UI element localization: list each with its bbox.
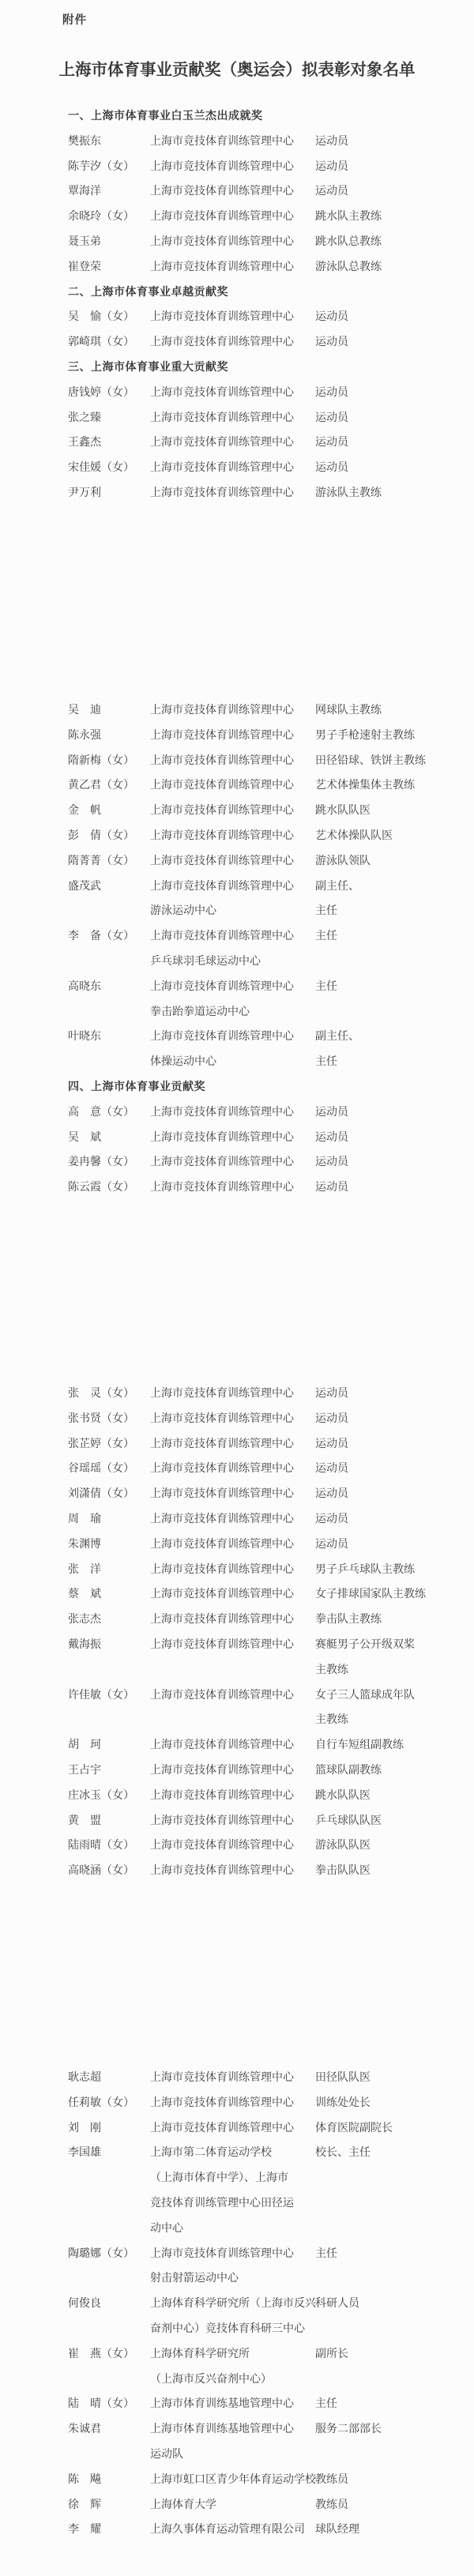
org-cell: 上海市竞技体育训练管理中心 xyxy=(150,1581,294,1607)
position-cell: 游泳队队医 xyxy=(315,1833,371,1858)
table-row: 庄冰玉（女）上海市竞技体育训练管理中心跳水队队医 xyxy=(0,1783,474,1808)
org-cell: 上海市竞技体育训练管理中心 xyxy=(150,1632,294,1657)
name-cell: 刘潇倩（女） xyxy=(68,1481,134,1506)
name-cell: 黄 盟 xyxy=(68,1808,101,1833)
page-block-4: 耿志超上海市竞技体育训练管理中心田径队队医任莉敏（女）上海市竞技体育训练管理中心… xyxy=(0,2065,474,2542)
name-cell: 叶晓东 xyxy=(68,1024,101,1049)
org-cell: 上海体育科学研究所 xyxy=(150,2341,250,2367)
table-row: 盛茂武上海市竞技体育训练管理中心副主任、 xyxy=(0,874,474,899)
position-cell: 艺术体操队队医 xyxy=(315,823,393,848)
name-cell: 陶璐娜（女） xyxy=(68,2241,134,2266)
org-cell: 上海市竞技体育训练管理中心 xyxy=(150,455,294,480)
org-cell: 上海市竞技体育训练管理中心 xyxy=(150,698,294,723)
table-row: 吴 愉（女）上海市竞技体育训练管理中心运动员 xyxy=(0,304,474,329)
org-cell: 上海市竞技体育训练管理中心 xyxy=(150,254,294,280)
position-cell: 主任 xyxy=(315,2391,337,2416)
table-row: 主教练 xyxy=(0,1657,474,1683)
position-cell: 运动员 xyxy=(315,1532,348,1557)
table-row: 张 洋上海市竞技体育训练管理中心男子乒乓球队主教练 xyxy=(0,1557,474,1582)
table-row: 高晓涵（女）上海市竞技体育训练管理中心拳击队队医 xyxy=(0,1858,474,1883)
table-row: 朱诚君上海市体育训练基地管理中心服务二部部长 xyxy=(0,2416,474,2442)
table-row: 王鑫杰上海市竞技体育训练管理中心运动员 xyxy=(0,430,474,455)
name-cell: 隋新梅（女） xyxy=(68,748,134,773)
org-cell: 上海市竞技体育训练管理中心 xyxy=(150,2065,294,2090)
org-cell: 上海久事体育运动管理有限公司 xyxy=(150,2517,305,2542)
name-cell: 唐钱婷（女） xyxy=(68,380,134,405)
org-cell: 上海市竞技体育训练管理中心 xyxy=(150,329,294,355)
page-block-2: 吴 迪上海市竞技体育训练管理中心网球队主教练陈永强上海市竞技体育训练管理中心男子… xyxy=(0,698,474,1200)
name-cell: 崔 燕（女） xyxy=(68,2341,134,2367)
table-row: 奋剂中心）竞技体育科研三中心 xyxy=(0,2316,474,2341)
name-cell: 高 意（女） xyxy=(68,1100,134,1125)
org-cell: 上海市竞技体育训练管理中心 xyxy=(150,405,294,431)
name-cell: 李国雄 xyxy=(68,2140,101,2165)
org-cell: 上海市竞技体育训练管理中心 xyxy=(150,874,294,899)
org-cell: 上海市竞技体育训练管理中心 xyxy=(150,480,294,506)
org-cell: 上海市第二体育运动学校 xyxy=(150,2140,272,2165)
position-cell: 副主任、 xyxy=(315,874,359,899)
org-cell: 上海市竞技体育训练管理中心 xyxy=(150,1431,294,1457)
section-heading-row: 三、上海市体育事业重大贡献奖 xyxy=(0,355,474,380)
position-cell: 主任 xyxy=(315,2241,337,2266)
position-cell: 田径队队医 xyxy=(315,2065,371,2090)
position-cell: 主任 xyxy=(315,974,337,999)
table-row: 周 瑜上海市竞技体育训练管理中心运动员 xyxy=(0,1506,474,1532)
table-row: 黄乙君（女）上海市竞技体育训练管理中心艺术体操集体主教练 xyxy=(0,773,474,798)
name-cell: 朱诚君 xyxy=(68,2416,101,2442)
org-cell: 上海市竞技体育训练管理中心 xyxy=(150,974,294,999)
org-cell: 上海市竞技体育训练管理中心 xyxy=(150,1732,294,1758)
org-cell: 上海市虹口区青少年体育运动学校 xyxy=(150,2467,316,2492)
position-cell: 跳水队队医 xyxy=(315,1783,371,1808)
table-row: 主教练 xyxy=(0,1707,474,1732)
position-cell: 篮球队副教练 xyxy=(315,1758,382,1783)
table-row: 游泳运动中心主任 xyxy=(0,898,474,923)
table-row: 陶璐娜（女）上海市竞技体育训练管理中心主任 xyxy=(0,2241,474,2266)
name-cell: 张书贤（女） xyxy=(68,1406,134,1431)
org-cell: 上海市竞技体育训练管理中心 xyxy=(150,154,294,179)
table-row: 胡 珂上海市竞技体育训练管理中心自行车短组副教练 xyxy=(0,1732,474,1758)
table-row: 戴海振上海市竞技体育训练管理中心赛艇男子公开级双桨 xyxy=(0,1632,474,1657)
org-cell: 上海市竞技体育训练管理中心 xyxy=(150,923,294,949)
position-cell: 运动员 xyxy=(315,430,348,455)
table-row: 黄 盟上海市竞技体育训练管理中心乒乓球队队医 xyxy=(0,1808,474,1833)
position-cell: 训练处处长 xyxy=(315,2090,371,2115)
org-cell: 体操运动中心 xyxy=(150,1049,216,1074)
table-row: 叶晓东上海市竞技体育训练管理中心副主任、 xyxy=(0,1024,474,1049)
table-row: 张志杰上海市竞技体育训练管理中心拳击队主教练 xyxy=(0,1607,474,1632)
position-cell: 科研人员 xyxy=(315,2291,359,2316)
name-cell: 胡 珂 xyxy=(68,1732,101,1758)
name-cell: 朱渊博 xyxy=(68,1532,101,1557)
org-cell: 上海市竞技体育训练管理中心 xyxy=(150,1100,294,1125)
position-cell: 游泳队主教练 xyxy=(315,480,382,506)
table-row: 李 备（女）上海市竞技体育训练管理中心主任 xyxy=(0,923,474,949)
name-cell: 任莉敏（女） xyxy=(68,2090,134,2115)
table-row: 唐钱婷（女）上海市竞技体育训练管理中心运动员 xyxy=(0,380,474,405)
table-row: 张书贤（女）上海市竞技体育训练管理中心运动员 xyxy=(0,1406,474,1431)
name-cell: 高晓东 xyxy=(68,974,101,999)
org-cell: 上海市竞技体育训练管理中心 xyxy=(150,1683,294,1708)
table-row: 耿志超上海市竞技体育训练管理中心田径队队医 xyxy=(0,2065,474,2090)
name-cell: 金 帆 xyxy=(68,798,101,823)
name-cell: 陈 飚 xyxy=(68,2467,101,2492)
table-row: 金 帆上海市竞技体育训练管理中心跳水队队医 xyxy=(0,798,474,823)
name-cell: 蔡 斌 xyxy=(68,1581,101,1607)
position-cell: 男子手枪速射主教练 xyxy=(315,723,415,748)
table-row: 任莉敏（女）上海市竞技体育训练管理中心训练处处长 xyxy=(0,2090,474,2115)
name-cell: 黄乙君（女） xyxy=(68,773,134,798)
document-page: 附件 上海市体育事业贡献奖（奥运会）拟表彰对象名单 一、上海市体育事业白玉兰杰出… xyxy=(0,0,474,2576)
table-row: 陆雨晴（女）上海市竞技体育训练管理中心游泳队队医 xyxy=(0,1833,474,1858)
table-row: 陈芋汐（女）上海市竞技体育训练管理中心运动员 xyxy=(0,154,474,179)
name-cell: 盛茂武 xyxy=(68,874,101,899)
table-row: （上海市反兴奋剂中心） xyxy=(0,2367,474,2392)
table-row: 谷瑶瑶（女）上海市竞技体育训练管理中心运动员 xyxy=(0,1456,474,1481)
position-cell: 运动员 xyxy=(315,329,348,355)
name-cell: 隋菁菁（女） xyxy=(68,848,134,874)
table-row: 刘 刚上海市竞技体育训练管理中心体育医院副院长 xyxy=(0,2115,474,2141)
org-cell: 上海市竞技体育训练管理中心 xyxy=(150,723,294,748)
position-cell: 拳击队队医 xyxy=(315,1858,371,1883)
org-cell: 上海体育大学 xyxy=(150,2492,216,2518)
position-cell: 副主任、 xyxy=(315,1024,359,1049)
table-row: 拳击跆拳道运动中心 xyxy=(0,999,474,1025)
name-cell: 陈永强 xyxy=(68,723,101,748)
table-row: 陈永强上海市竞技体育训练管理中心男子手枪速射主教练 xyxy=(0,723,474,748)
name-cell: 陆 晴（女） xyxy=(68,2391,134,2416)
position-cell: 跳水队总教练 xyxy=(315,229,382,254)
org-cell: 上海市竞技体育训练管理中心 xyxy=(150,1758,294,1783)
name-cell: 张 灵（女） xyxy=(68,1381,134,1406)
org-cell: 上海市竞技体育训练管理中心 xyxy=(150,1557,294,1582)
section-heading: 一、上海市体育事业白玉兰杰出成就奖 xyxy=(68,103,263,129)
table-row: 射击射箭运动中心 xyxy=(0,2266,474,2291)
org-cell: 上海市竞技体育训练管理中心 xyxy=(150,1532,294,1557)
table-row: 王占宇上海市竞技体育训练管理中心篮球队副教练 xyxy=(0,1758,474,1783)
table-row: 吴 迪上海市竞技体育训练管理中心网球队主教练 xyxy=(0,698,474,723)
org-cell: 上海市竞技体育训练管理中心 xyxy=(150,129,294,154)
name-cell: 崔登荣 xyxy=(68,254,101,280)
name-cell: 吴 斌 xyxy=(68,1125,101,1150)
position-cell: 运动员 xyxy=(315,129,348,154)
table-row: 许佳敏（女）上海市竞技体育训练管理中心女子三人篮球成年队 xyxy=(0,1683,474,1708)
name-cell: 张志杰 xyxy=(68,1607,101,1632)
org-cell: 上海市竞技体育训练管理中心 xyxy=(150,304,294,329)
page-block-3: 张 灵（女）上海市竞技体育训练管理中心运动员张书贤（女）上海市竞技体育训练管理中… xyxy=(0,1381,474,1883)
name-cell: 何俊良 xyxy=(68,2291,101,2316)
org-cell: 上海市竞技体育训练管理中心 xyxy=(150,1406,294,1431)
org-cell: 上海市竞技体育训练管理中心 xyxy=(150,2241,294,2266)
position-cell: 教练员 xyxy=(315,2467,348,2492)
org-cell: 上海市竞技体育训练管理中心 xyxy=(150,1381,294,1406)
name-cell: 宋佳媛（女） xyxy=(68,455,134,480)
position-cell: 女子三人篮球成年队 xyxy=(315,1683,415,1708)
table-row: 何俊良上海体育科学研究所（上海市反兴科研人员 xyxy=(0,2291,474,2316)
org-cell: 上海市竞技体育训练管理中心 xyxy=(150,1833,294,1858)
name-cell: 耿志超 xyxy=(68,2065,101,2090)
name-cell: 覃海洋 xyxy=(68,179,101,204)
table-row: （上海市体育中学）、上海市 xyxy=(0,2165,474,2191)
name-cell: 樊振东 xyxy=(68,129,101,154)
position-cell: 运动员 xyxy=(315,1506,348,1532)
org-cell: 游泳运动中心 xyxy=(150,898,216,923)
name-cell: 郭崎琪（女） xyxy=(68,329,134,355)
position-cell: 田径铅球、铁饼主教练 xyxy=(315,748,426,773)
position-cell: 游泳队领队 xyxy=(315,848,371,874)
table-row: 崔 燕（女）上海体育科学研究所副所长 xyxy=(0,2341,474,2367)
table-row: 李 耀上海久事体育运动管理有限公司球队经理 xyxy=(0,2517,474,2542)
page-title: 上海市体育事业贡献奖（奥运会）拟表彰对象名单 xyxy=(0,56,474,80)
position-cell: 运动员 xyxy=(315,1456,348,1481)
section-heading: 三、上海市体育事业重大贡献奖 xyxy=(68,355,228,380)
table-row: 彭 倩（女）上海市竞技体育训练管理中心艺术体操队队医 xyxy=(0,823,474,848)
position-cell: 男子乒乓球队主教练 xyxy=(315,1557,415,1582)
org-cell: 上海市竞技体育训练管理中心 xyxy=(150,1125,294,1150)
org-cell: 上海市竞技体育训练管理中心 xyxy=(150,1024,294,1049)
org-cell: 上海市体育训练基地管理中心 xyxy=(150,2416,294,2442)
position-cell: 乒乓球队队医 xyxy=(315,1808,382,1833)
table-row: 蔡 斌上海市竞技体育训练管理中心女子排球国家队主教练 xyxy=(0,1581,474,1607)
name-cell: 姜冉馨（女） xyxy=(68,1149,134,1175)
org-cell: 运动队 xyxy=(150,2442,183,2467)
position-cell: 主任 xyxy=(315,898,337,923)
position-cell: 跳水队队医 xyxy=(315,798,371,823)
name-cell: 高晓涵（女） xyxy=(68,1858,134,1883)
position-cell: 运动员 xyxy=(315,304,348,329)
org-cell: 射击射箭运动中心 xyxy=(150,2266,239,2291)
table-row: 运动队 xyxy=(0,2442,474,2467)
name-cell: 吴 愉（女） xyxy=(68,304,134,329)
org-cell: 奋剂中心）竞技体育科研三中心 xyxy=(150,2316,305,2341)
org-cell: 上海市竞技体育训练管理中心 xyxy=(150,1481,294,1506)
org-cell: 动中心 xyxy=(150,2216,183,2241)
table-row: 张芷婷（女）上海市竞技体育训练管理中心运动员 xyxy=(0,1431,474,1457)
table-row: 宋佳媛（女）上海市竞技体育训练管理中心运动员 xyxy=(0,455,474,480)
org-cell: 上海市竞技体育训练管理中心 xyxy=(150,179,294,204)
position-cell: 艺术体操集体主教练 xyxy=(315,773,415,798)
position-cell: 运动员 xyxy=(315,1481,348,1506)
org-cell: 上海市竞技体育训练管理中心 xyxy=(150,823,294,848)
org-cell: 竞技体育训练管理中心田径运 xyxy=(150,2191,294,2216)
name-cell: 张之臻 xyxy=(68,405,101,431)
table-row: 姜冉馨（女）上海市竞技体育训练管理中心运动员 xyxy=(0,1149,474,1175)
table-row: 隋新梅（女）上海市竞技体育训练管理中心田径铅球、铁饼主教练 xyxy=(0,748,474,773)
position-cell: 运动员 xyxy=(315,1381,348,1406)
org-cell: 上海市竞技体育训练管理中心 xyxy=(150,2090,294,2115)
table-row: 陆 晴（女）上海市体育训练基地管理中心主任 xyxy=(0,2391,474,2416)
org-cell: 上海市竞技体育训练管理中心 xyxy=(150,2115,294,2141)
position-cell: 主教练 xyxy=(315,1707,348,1732)
org-cell: 上海市竞技体育训练管理中心 xyxy=(150,798,294,823)
table-row: 动中心 xyxy=(0,2216,474,2241)
org-cell: 乒乓球羽毛球运动中心 xyxy=(150,949,261,974)
table-row: 吴 斌上海市竞技体育训练管理中心运动员 xyxy=(0,1125,474,1150)
name-cell: 陆雨晴（女） xyxy=(68,1833,134,1858)
section-heading-row: 四、上海市体育事业贡献奖 xyxy=(0,1074,474,1100)
table-row: 李国雄上海市第二体育运动学校校长、主任 xyxy=(0,2140,474,2165)
org-cell: 上海体育科学研究所（上海市反兴 xyxy=(150,2291,316,2316)
org-cell: 拳击跆拳道运动中心 xyxy=(150,999,250,1025)
table-row: 高 意（女）上海市竞技体育训练管理中心运动员 xyxy=(0,1100,474,1125)
name-cell: 戴海振 xyxy=(68,1632,101,1657)
name-cell: 张芷婷（女） xyxy=(68,1431,134,1457)
table-row: 高晓东上海市竞技体育训练管理中心主任 xyxy=(0,974,474,999)
attachment-label: 附件 xyxy=(62,11,87,28)
org-cell: 上海市竞技体育训练管理中心 xyxy=(150,1783,294,1808)
table-row: 尹万利上海市竞技体育训练管理中心游泳队主教练 xyxy=(0,480,474,506)
name-cell: 周 瑜 xyxy=(68,1506,101,1532)
name-cell: 陈芋汐（女） xyxy=(68,154,134,179)
position-cell: 副所长 xyxy=(315,2341,348,2367)
org-cell: 上海市竞技体育训练管理中心 xyxy=(150,1456,294,1481)
org-cell: 上海市竞技体育训练管理中心 xyxy=(150,204,294,229)
org-cell: 上海市竞技体育训练管理中心 xyxy=(150,1858,294,1883)
table-row: 张之臻上海市竞技体育训练管理中心运动员 xyxy=(0,405,474,431)
table-row: 体操运动中心主任 xyxy=(0,1049,474,1074)
org-cell: 上海市竞技体育训练管理中心 xyxy=(150,229,294,254)
name-cell: 王占宇 xyxy=(68,1758,101,1783)
position-cell: 主任 xyxy=(315,923,337,949)
org-cell: 上海市竞技体育训练管理中心 xyxy=(150,1175,294,1200)
name-cell: 刘 刚 xyxy=(68,2115,101,2141)
table-row: 樊振东上海市竞技体育训练管理中心运动员 xyxy=(0,129,474,154)
table-row: 朱渊博上海市竞技体育训练管理中心运动员 xyxy=(0,1532,474,1557)
org-cell: 上海市竞技体育训练管理中心 xyxy=(150,430,294,455)
org-cell: 上海市竞技体育训练管理中心 xyxy=(150,1149,294,1175)
position-cell: 运动员 xyxy=(315,154,348,179)
position-cell: 运动员 xyxy=(315,1406,348,1431)
table-row: 聂玉弟上海市竞技体育训练管理中心跳水队总教练 xyxy=(0,229,474,254)
position-cell: 运动员 xyxy=(315,380,348,405)
position-cell: 拳击队主教练 xyxy=(315,1607,382,1632)
position-cell: 主教练 xyxy=(315,1657,348,1683)
name-cell: 许佳敏（女） xyxy=(68,1683,134,1708)
table-row: 覃海洋上海市竞技体育训练管理中心运动员 xyxy=(0,179,474,204)
position-cell: 体育医院副院长 xyxy=(315,2115,393,2141)
position-cell: 球队经理 xyxy=(315,2517,359,2542)
position-cell: 运动员 xyxy=(315,1175,348,1200)
position-cell: 游泳队总教练 xyxy=(315,254,382,280)
position-cell: 自行车短组副教练 xyxy=(315,1732,404,1758)
position-cell: 运动员 xyxy=(315,1149,348,1175)
name-cell: 聂玉弟 xyxy=(68,229,101,254)
position-cell: 运动员 xyxy=(315,1100,348,1125)
name-cell: 余晓玲（女） xyxy=(68,204,134,229)
section-heading: 二、上海市体育事业卓越贡献奖 xyxy=(68,280,228,305)
table-row: 陈云霞（女）上海市竞技体育训练管理中心运动员 xyxy=(0,1175,474,1200)
org-cell: （上海市反兴奋剂中心） xyxy=(150,2367,272,2392)
section-heading: 四、上海市体育事业贡献奖 xyxy=(68,1074,205,1100)
position-cell: 运动员 xyxy=(315,1125,348,1150)
org-cell: 上海市竞技体育训练管理中心 xyxy=(150,848,294,874)
table-row: 张 灵（女）上海市竞技体育训练管理中心运动员 xyxy=(0,1381,474,1406)
org-cell: 上海市竞技体育训练管理中心 xyxy=(150,1506,294,1532)
position-cell: 运动员 xyxy=(315,405,348,431)
name-cell: 尹万利 xyxy=(68,480,101,506)
position-cell: 校长、主任 xyxy=(315,2140,371,2165)
name-cell: 王鑫杰 xyxy=(68,430,101,455)
name-cell: 张 洋 xyxy=(68,1557,101,1582)
name-cell: 李 备（女） xyxy=(68,923,134,949)
name-cell: 彭 倩（女） xyxy=(68,823,134,848)
table-row: 郭崎琪（女）上海市竞技体育训练管理中心运动员 xyxy=(0,329,474,355)
position-cell: 运动员 xyxy=(315,179,348,204)
table-row: 刘潇倩（女）上海市竞技体育训练管理中心运动员 xyxy=(0,1481,474,1506)
position-cell: 网球队主教练 xyxy=(315,698,382,723)
name-cell: 陈云霞（女） xyxy=(68,1175,134,1200)
position-cell: 服务二部部长 xyxy=(315,2416,382,2442)
position-cell: 主任 xyxy=(315,1049,337,1074)
position-cell: 女子排球国家队主教练 xyxy=(315,1581,426,1607)
name-cell: 徐 辉 xyxy=(68,2492,101,2518)
org-cell: 上海市竞技体育训练管理中心 xyxy=(150,1808,294,1833)
org-cell: 上海市竞技体育训练管理中心 xyxy=(150,380,294,405)
org-cell: 上海市体育训练基地管理中心 xyxy=(150,2391,294,2416)
org-cell: 上海市竞技体育训练管理中心 xyxy=(150,1607,294,1632)
section-heading-row: 一、上海市体育事业白玉兰杰出成就奖 xyxy=(0,103,474,129)
position-cell: 教练员 xyxy=(315,2492,348,2518)
position-cell: 赛艇男子公开级双桨 xyxy=(315,1632,415,1657)
name-cell: 李 耀 xyxy=(68,2517,101,2542)
table-row: 余晓玲（女）上海市竞技体育训练管理中心跳水队主教练 xyxy=(0,204,474,229)
org-cell: 上海市竞技体育训练管理中心 xyxy=(150,748,294,773)
table-row: 竞技体育训练管理中心田径运 xyxy=(0,2191,474,2216)
position-cell: 运动员 xyxy=(315,1431,348,1457)
page-block-1: 一、上海市体育事业白玉兰杰出成就奖樊振东上海市竞技体育训练管理中心运动员陈芋汐（… xyxy=(0,103,474,506)
table-row: 乒乓球羽毛球运动中心 xyxy=(0,949,474,974)
position-cell: 跳水队主教练 xyxy=(315,204,382,229)
section-heading-row: 二、上海市体育事业卓越贡献奖 xyxy=(0,280,474,305)
name-cell: 吴 迪 xyxy=(68,698,101,723)
org-cell: 上海市竞技体育训练管理中心 xyxy=(150,773,294,798)
org-cell: （上海市体育中学）、上海市 xyxy=(150,2165,288,2191)
name-cell: 谷瑶瑶（女） xyxy=(68,1456,134,1481)
table-row: 陈 飚上海市虹口区青少年体育运动学校教练员 xyxy=(0,2467,474,2492)
table-row: 隋菁菁（女）上海市竞技体育训练管理中心游泳队领队 xyxy=(0,848,474,874)
table-row: 徐 辉上海体育大学教练员 xyxy=(0,2492,474,2518)
name-cell: 庄冰玉（女） xyxy=(68,1783,134,1808)
table-row: 崔登荣上海市竞技体育训练管理中心游泳队总教练 xyxy=(0,254,474,280)
position-cell: 运动员 xyxy=(315,455,348,480)
